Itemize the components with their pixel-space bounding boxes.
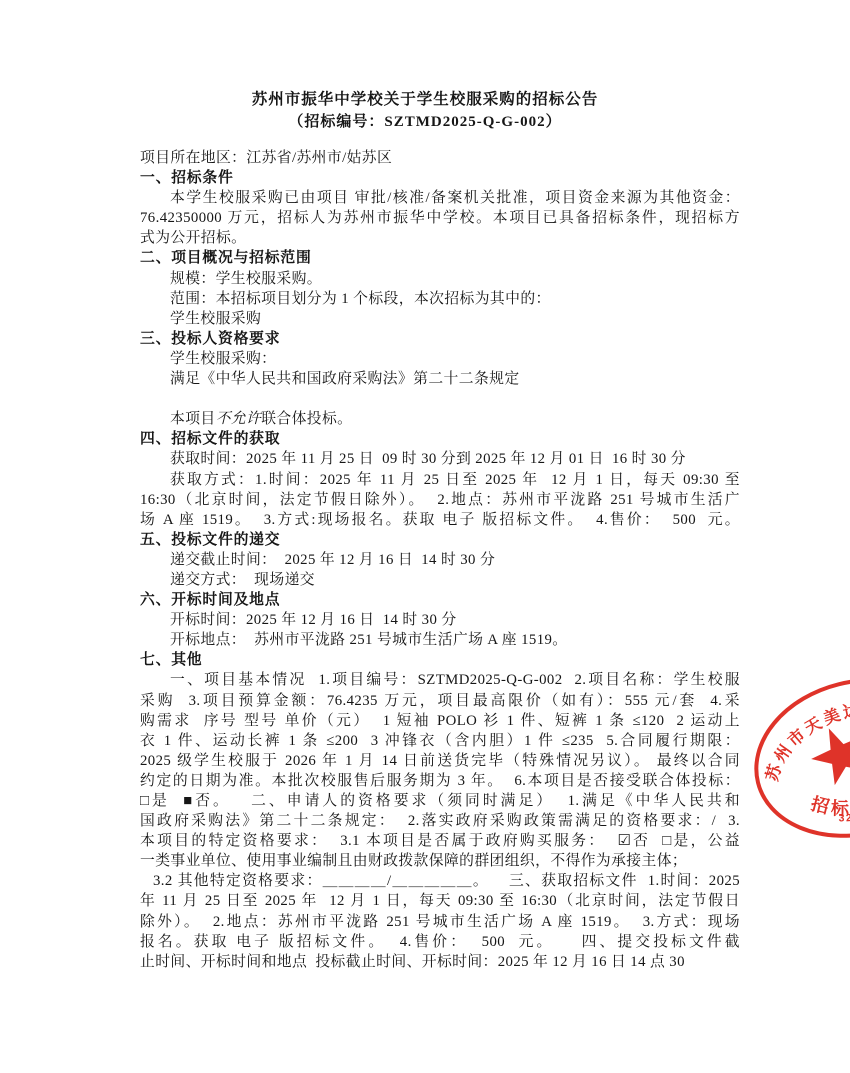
doc-line: 满足《中华人民共和国政府采购法》第二十二条规定 [140, 369, 740, 389]
doc-line: 约定的日期为准。本批次校服售后服务期为 3 年。 6.本项目是否接受联合体投标： [140, 771, 740, 791]
doc-line: 五、投标文件的递交 [140, 530, 740, 550]
doc-line: 学生校服采购 [140, 309, 740, 329]
doc-line: 一、项目基本情况 1.项目编号：SZTMD2025-Q-G-002 2.项目名称… [140, 670, 740, 690]
doc-line: 2025 级学生校服于 2026 年 1 月 14 日前送货完毕（特殊情况另议）… [140, 751, 740, 771]
doc-line: 国政府采购法》第二十二条规定： 2.落实政府采购政策需满足的资格要求：/ 3. [140, 811, 740, 831]
doc-line-text: 联合体投标。 [261, 411, 352, 427]
doc-line: 学生校服采购： [140, 349, 740, 369]
doc-line: 七、其他 [140, 650, 740, 670]
doc-line [140, 389, 740, 409]
doc-line: 本项目不允许联合体投标。 [140, 409, 740, 429]
doc-line: 递交截止时间： 2025 年 12 月 16 日 14 时 30 分 [140, 550, 740, 570]
doc-line: 年 11 月 25 日至 2025 年 12 月 1 日，每天 09:30 至 … [140, 891, 740, 911]
doc-line: □是 ■否。 二、申请人的资格要求（须同时满足） 1.满足《中华人民共和 [140, 791, 740, 811]
doc-line: 获取方式：1.时间：2025 年 11 月 25 日至 2025 年 12 月 … [140, 470, 740, 490]
doc-line: 一、招标条件 [140, 168, 740, 188]
doc-line: 16:30（北京时间，法定节假日除外）。 2.地点：苏州市平泷路 251 号城市… [140, 490, 740, 510]
doc-line: 开标地点： 苏州市平泷路 251 号城市生活广场 A 座 1519。 [140, 630, 740, 650]
doc-line: 一类事业单位、使用事业编制且由财政拨款保障的群团组织，不得作为承接主体； [140, 851, 740, 871]
doc-line: 本学生校服采购已由项目 审批/核准/备案机关批准，项目资金来源为其他资金： [140, 188, 740, 208]
title-block: 苏州市振华中学校关于学生校服采购的招标公告 （招标编号：SZTMD2025-Q-… [0, 88, 850, 134]
doc-line: 四、招标文件的获取 [140, 429, 740, 449]
doc-line: 3.2 其他特定资格要求：＿＿＿＿/＿＿＿＿＿。 三、获取招标文件 1.时间：2… [140, 871, 740, 891]
doc-line: 式为公开招标。 [140, 228, 740, 248]
doc-title: 苏州市振华中学校关于学生校服采购的招标公告 [0, 88, 850, 111]
doc-line: 获取时间：2025 年 11 月 25 日 09 时 30 分到 2025 年 … [140, 449, 740, 469]
doc-line: 六、开标时间及地点 [140, 590, 740, 610]
doc-line: 项目所在地区：江苏省/苏州市/姑苏区 [140, 148, 740, 168]
doc-line: 76.42350000 万元，招标人为苏州市振华中学校。本项目已具备招标条件，现… [140, 208, 740, 228]
doc-line-text: 本项目 [170, 411, 216, 427]
doc-line: 范围：本招标项目划分为 1 个标段，本次招标为其中的： [140, 289, 740, 309]
doc-line: 止时间、开标时间和地点 投标截止时间、开标时间：2025 年 12 月 16 日… [140, 952, 740, 972]
doc-line: 三、投标人资格要求 [140, 329, 740, 349]
document-body: 项目所在地区：江苏省/苏州市/姑苏区一、招标条件本学生校服采购已由项目 审批/核… [140, 148, 740, 972]
doc-line: 报名。获取 电子 版招标文件。 4.售价： 500 元。 四、提交投标文件截 [140, 932, 740, 952]
document-page: 苏州市振华中学校关于学生校服采购的招标公告 （招标编号：SZTMD2025-Q-… [0, 0, 850, 1073]
doc-line: 除外）。 2.地点：苏州市平泷路 251 号城市生活广场 A 座 1519。 3… [140, 912, 740, 932]
doc-line: 采购 3.项目预算金额：76.4235 万元，项目最高限价（如有）：555 元/… [140, 691, 740, 711]
doc-line: 二、项目概况与招标范围 [140, 248, 740, 268]
doc-line: 本项目的特定资格要求： 3.1 本项目是否属于政府购买服务： ☑否 □是，公益 [140, 831, 740, 851]
italic-emphasis: 不允许 [216, 411, 262, 427]
doc-line: 场 A 座 1519。 3.方式:现场报名。获取 电子 版招标文件。 4.售价：… [140, 510, 740, 530]
doc-subtitle: （招标编号：SZTMD2025-Q-G-002） [0, 111, 850, 134]
doc-line: 购需求 序号 型号 单价（元） 1 短袖 POLO 衫 1 件、短裤 1 条 ≤… [140, 711, 740, 731]
doc-line: 衣 1 件、运动长裤 1 条 ≤200 3 冲锋衣（含内胆）1 件 ≤235 5… [140, 731, 740, 751]
company-seal: 苏州市天美达招投标 招标业务专 320505099 [742, 650, 850, 880]
doc-line: 规模：学生校服采购。 [140, 269, 740, 289]
doc-line: 递交方式： 现场递交 [140, 570, 740, 590]
doc-line: 开标时间：2025 年 12 月 16 日 14 时 30 分 [140, 610, 740, 630]
